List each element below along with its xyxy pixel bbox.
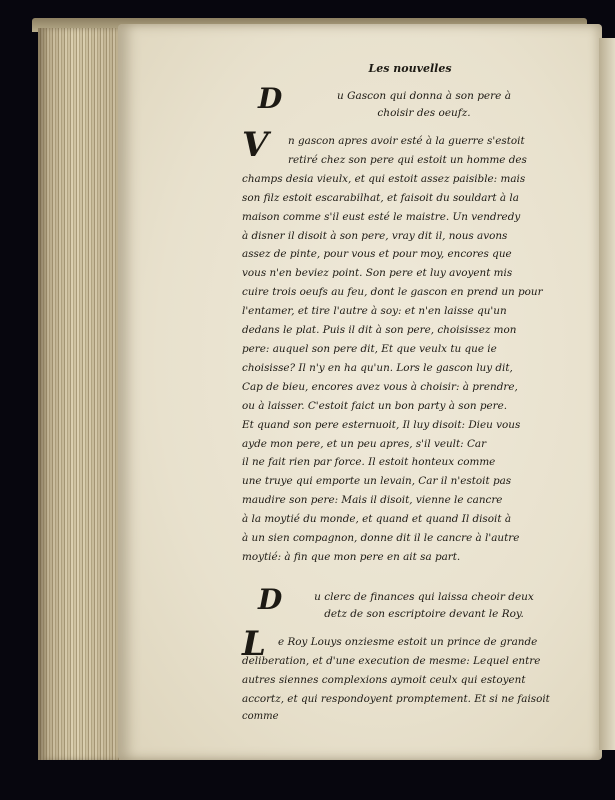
text-line: l'entamer, et tire l'autre à soy: et n'e… (242, 302, 578, 321)
page-edges (38, 28, 130, 760)
page-text: Les nouvelles D u Gascon qui donna à son… (242, 58, 578, 727)
text-line: e Roy Louys onziesme estoit un prince de… (242, 633, 578, 652)
heading-line: detz de son escriptoire devant le Roy. (286, 606, 562, 623)
text-line: maison comme s'il eust esté le maistre. … (242, 208, 578, 227)
heading-line: u clerc de finances qui laissa cheoir de… (286, 589, 562, 606)
text-line: assez de pinte, pour vous et pour moy, e… (242, 245, 578, 264)
catchword: comme (242, 708, 578, 727)
text-line: n gascon apres avoir esté à la guerre s'… (242, 132, 578, 151)
text-line: maudire son pere: Mais il disoit, vienne… (242, 491, 578, 510)
text-line: champs desia vieulx, et qui estoit assez… (242, 170, 578, 189)
text-line: pere: auquel son pere dit, Et que veulx … (242, 340, 578, 359)
text-line: ou à laisser. C'estoit faict un bon part… (242, 397, 578, 416)
paragraph-1: V n gascon apres avoir esté à la guerre … (242, 132, 578, 567)
section-heading-2: D u clerc de finances qui laissa cheoir … (242, 581, 578, 623)
text-line: dedans le plat. Puis il dit à son pere, … (242, 321, 578, 340)
text-line: son filz estoit escarabilhat, et faisoit… (242, 189, 578, 208)
section-heading-1: D u Gascon qui donna à son pere à choisi… (242, 80, 578, 122)
text-line: Et quand son pere esternuoit, Il luy dis… (242, 416, 578, 435)
drop-cap-initial: L (242, 629, 266, 659)
text-line: il ne fait rien par force. Il estoit hon… (242, 453, 578, 472)
drop-cap-initial: V (242, 130, 268, 160)
text-line: à un sien compagnon, donne dit il le can… (242, 529, 578, 548)
text-line: autres siennes complexions aymoit ceulx … (242, 671, 578, 690)
text-line: une truye qui emporte un levain, Car il … (242, 472, 578, 491)
heading-line: choisir des oeufz. (286, 105, 562, 122)
text-line: ayde mon pere, et un peu apres, s'il veu… (242, 435, 578, 454)
text-line: cuire trois oeufs au feu, dont le gascon… (242, 283, 578, 302)
heading-initial: D (258, 585, 282, 615)
heading-initial: D (258, 84, 282, 114)
facing-page-edge (599, 38, 615, 750)
text-line: moytié: à fin que mon pere en ait sa par… (242, 548, 578, 567)
text-line: retiré chez son pere qui estoit un homme… (242, 151, 578, 170)
text-line: accortz, et qui respondoyent promptement… (242, 690, 578, 709)
paragraph-2: L e Roy Louys onziesme estoit un prince … (242, 633, 578, 728)
text-line: choisisse? Il n'y en ha qu'un. Lors le g… (242, 359, 578, 378)
text-line: vous n'en beviez point. Son pere et luy … (242, 264, 578, 283)
running-head: Les nouvelles (242, 58, 578, 80)
text-line: Cap de bieu, encores avez vous à choisir… (242, 378, 578, 397)
text-line: à la moytié du monde, et quand et quand … (242, 510, 578, 529)
text-line: deliberation, et d'une execution de mesm… (242, 652, 578, 671)
heading-line: u Gascon qui donna à son pere à (286, 88, 562, 105)
text-line: à disner il disoit à son pere, vray dit … (242, 227, 578, 246)
